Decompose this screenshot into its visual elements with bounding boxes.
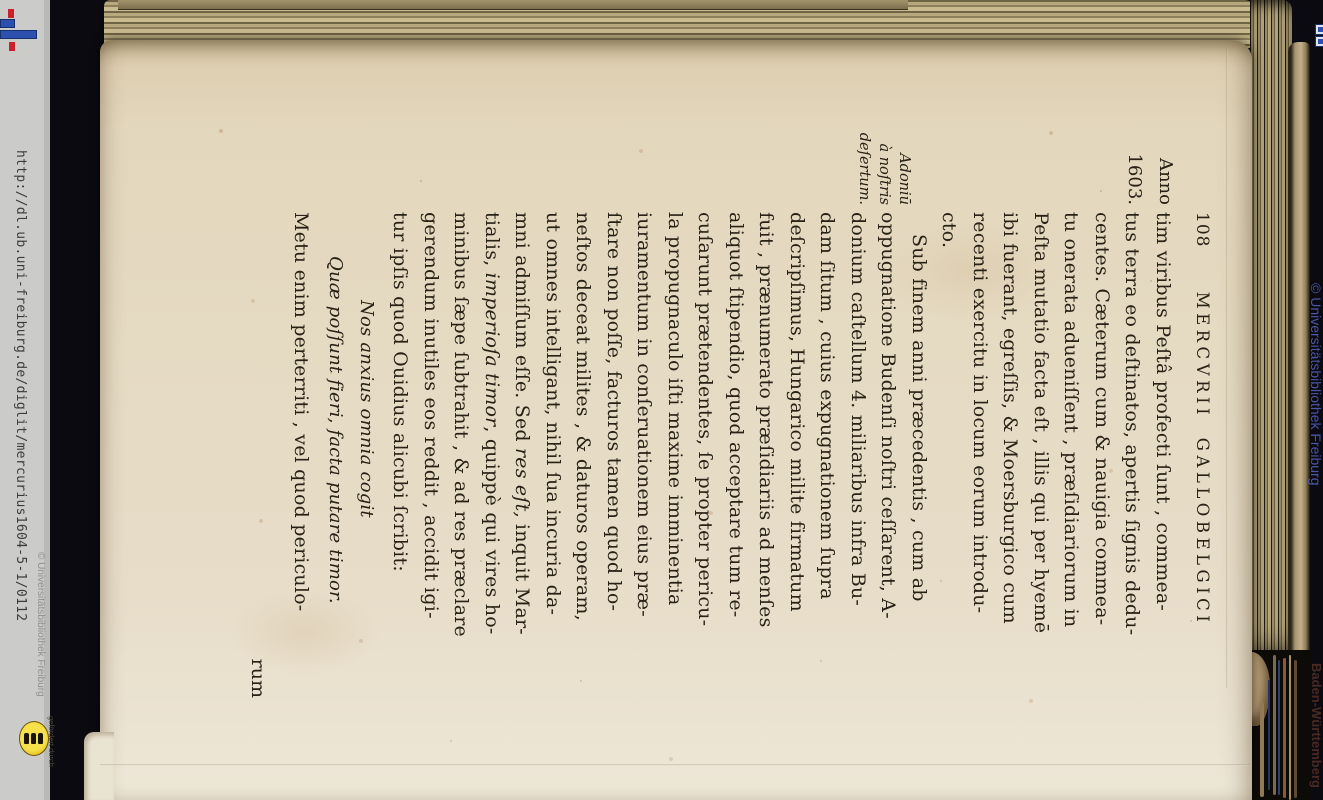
text-line: tur ipſis quod Ouidius alicubi ſcribit: [385, 212, 416, 660]
running-title: MERCVRII GALLOBELGICI [1193, 258, 1212, 660]
text-line: neſtos deceat milites , & daturos operam… [568, 212, 599, 660]
crest-lion-icon [38, 733, 43, 744]
binding-thread [1283, 658, 1286, 798]
margin-note-line: à noſtris [874, 92, 894, 205]
scanned-book-page-viewer: http://dl.ub.uni-freiburg.de/diglit/merc… [0, 0, 1323, 800]
binding-thread [1268, 680, 1270, 790]
text-line: tim viribus Peſtâ profecti ſunt , commea… [1148, 212, 1179, 660]
margin-note-year: 1603. [1124, 100, 1145, 205]
text-line: Peſta mutatio facta eſt , illis qui per … [1026, 212, 1057, 660]
region-text: Baden-Württemberg [1309, 663, 1323, 788]
text-line: Nos anxius omnia cogit [351, 212, 382, 660]
copyright-text-right: © Universitätsbibliothek Freiburg [1308, 283, 1323, 486]
text-line: ſtare non poſſe, facturos tamen quod ho- [599, 212, 630, 660]
text-lines: tim viribus Peſtâ profecti ſunt , commea… [286, 212, 1179, 660]
text-line: aliquot ſtipendio, quod acceptare tum re… [721, 212, 752, 660]
crest-lion-icon [31, 733, 36, 744]
text-line: mni admiſſum eſſe. Sed res eſt, inquit M… [507, 212, 538, 660]
running-header: 108 MERCVRII GALLOBELGICI [1178, 212, 1212, 660]
text-line: Metu enim perterriti , vel quod periculo… [286, 212, 317, 660]
text-line: recenti exercitu in locum eorum introdu- [965, 212, 996, 660]
text-line: Sub finem anni præcedentis , cum ab [904, 212, 935, 660]
text-line: ut omnes intelligant, nihil ſua incuria … [538, 212, 569, 660]
baden-wuerttemberg-crest-icon [19, 721, 49, 756]
registration-mark-red-icon [9, 42, 15, 51]
printed-text-rotated: 108 MERCVRII GALLOBELGICI tim viribus Pe… [90, 0, 1250, 780]
binding-thread [1260, 702, 1264, 797]
text-line: Quæ poſſunt fieri, facta putare timor. [320, 212, 351, 660]
crest-lion-icon [24, 733, 29, 744]
funding-label-text: gefördert durch [47, 716, 56, 767]
registration-mark-blue-icon [0, 30, 37, 39]
text-line: centes. Cæterum cum & nauigia commea- [1087, 212, 1118, 660]
text-line: oppugnatione Budenſi noſtri ceſſarent, A… [873, 212, 904, 660]
text-line: cto. [934, 212, 965, 660]
page-number: 108 [1192, 212, 1212, 258]
margin-note-anno: Anno [1155, 100, 1176, 205]
text-line: dam ſitum , cuius expugnationem ſupra [812, 212, 843, 660]
text-line: tialis, imperioſa timor, quippè qui vire… [477, 212, 508, 660]
text-line: tu onerata adueniſſent , præſidiariorum … [1056, 212, 1087, 660]
book-cover-edge [1288, 42, 1310, 664]
text-line: ibi fuerant, egreſſis, & Moersburgico cu… [995, 212, 1026, 660]
registration-mark-blue-icon [1315, 24, 1323, 35]
text-line: donium caſtellum 4. miliaribus infra Bu- [843, 212, 874, 660]
margin-note-adonium: Adoniū à noſtris deſertum. [854, 92, 914, 205]
text-line: cuſarunt prætendentes, ſe propter pericu… [690, 212, 721, 660]
binding-thread [1273, 655, 1276, 795]
text-line: fuit , prænumerato præſidiariis ad menſe… [751, 212, 782, 660]
text-line: la propugnaculo iſti maxime imminentia [660, 212, 691, 660]
binding-thread [1278, 660, 1280, 795]
binding-thread [1294, 660, 1297, 798]
margin-note-line: deſertum. [854, 92, 874, 205]
text-line: deſcripſimus, Hungarico milite firmatum [782, 212, 813, 660]
text-line: minibus ſæpe ſubtrahit , & ad res præcla… [446, 212, 477, 660]
copyright-text-left: © Universitätsbibliothek Freiburg [35, 552, 46, 697]
registration-mark-blue-icon [0, 19, 15, 28]
binding-thread [1289, 655, 1291, 800]
registration-mark-blue-icon [1315, 36, 1323, 47]
margin-note-line: Adoniū [894, 92, 914, 205]
text-line: iuramentum in conſeruationem eius præ- [629, 212, 660, 660]
text-block: 108 MERCVRII GALLOBELGICI tim viribus Pe… [244, 212, 1213, 660]
page-stack-right-edge [1250, 0, 1292, 668]
catchword: rum [244, 250, 274, 698]
registration-mark-red-icon [8, 9, 14, 18]
text-line: gerendum inutiles eos reddit , accidit i… [416, 212, 447, 660]
text-line: tus terra eo deſtinatos, apertis ſignis … [1117, 212, 1148, 660]
persistent-url-text: http://dl.ub.uni-freiburg.de/diglit/merc… [13, 150, 28, 621]
